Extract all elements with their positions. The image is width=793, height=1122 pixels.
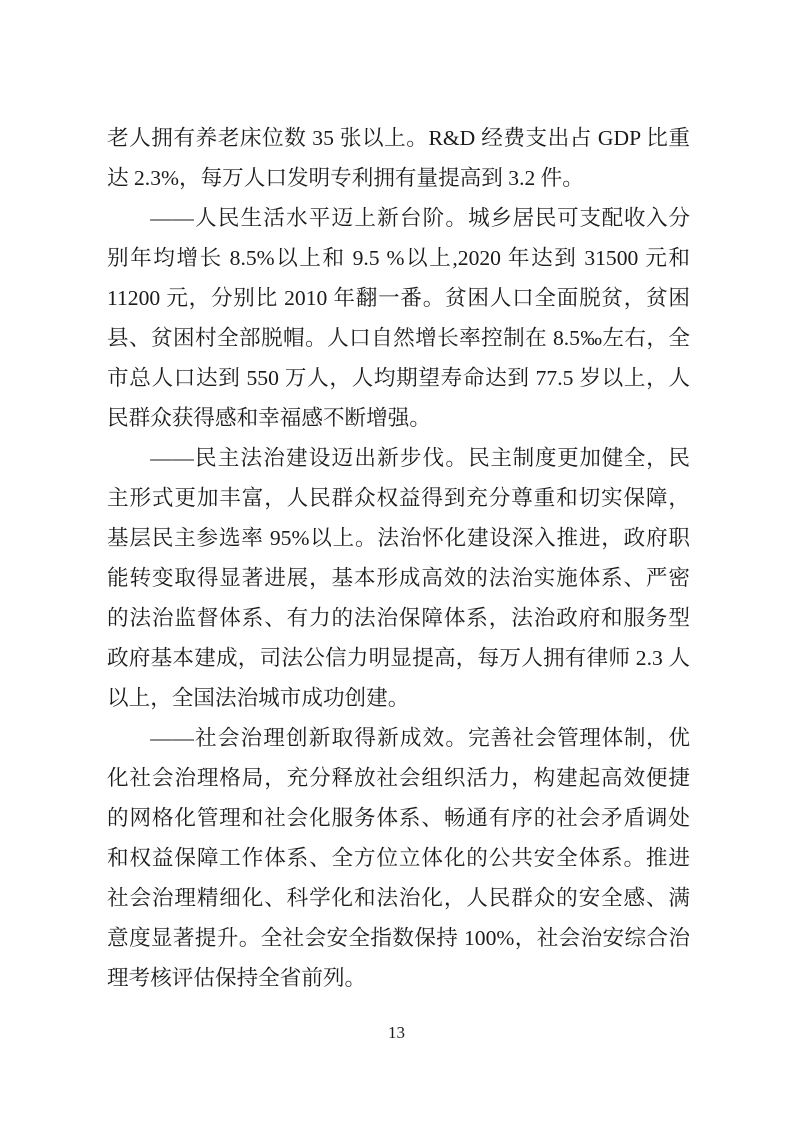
document-text-block: 老人拥有养老床位数 35 张以上。R&D 经费支出占 GDP 比重达 2.3%，… [107,118,690,998]
paragraph-text: 完善社会管理体制，优化社会治理格局，充分释放社会组织活力，构建起高效便捷的网格化… [107,726,690,990]
paragraph-lead: ——人民生活水平迈上新台阶。 [150,206,468,230]
paragraph-lead: ——社会治理创新取得新成效。 [150,726,468,750]
page-number: 13 [0,1022,793,1044]
paragraph-text: 城乡居民可支配收入分别年均增长 8.5%以上和 9.5 %以上,2020 年达到… [107,206,690,430]
paragraph-text: 老人拥有养老床位数 35 张以上。R&D 经费支出占 GDP 比重达 2.3%，… [107,126,690,190]
paragraph-continuation: 老人拥有养老床位数 35 张以上。R&D 经费支出占 GDP 比重达 2.3%，… [107,118,690,198]
paragraph-living-standards: ——人民生活水平迈上新台阶。城乡居民可支配收入分别年均增长 8.5%以上和 9.… [107,198,690,438]
document-page: 老人拥有养老床位数 35 张以上。R&D 经费支出占 GDP 比重达 2.3%，… [0,0,793,1122]
paragraph-democracy-rule-of-law: ——民主法治建设迈出新步伐。民主制度更加健全，民主形式更加丰富，人民群众权益得到… [107,438,690,718]
paragraph-social-governance: ——社会治理创新取得新成效。完善社会管理体制，优化社会治理格局，充分释放社会组织… [107,718,690,998]
paragraph-text: 民主制度更加健全，民主形式更加丰富，人民群众权益得到充分尊重和切实保障，基层民主… [107,446,690,710]
paragraph-lead: ——民主法治建设迈出新步伐。 [150,446,468,470]
